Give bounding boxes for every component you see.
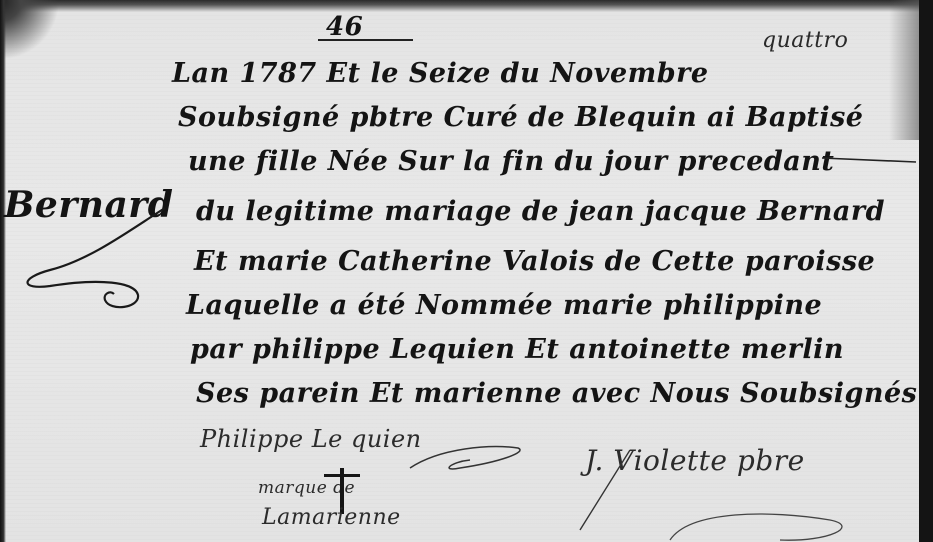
page-corner-shadow: [0, 0, 60, 60]
record-line-5: Et marie Catherine Valois de Cette paroi…: [194, 246, 875, 277]
signature-godmother: Lamarienne: [262, 505, 401, 530]
record-line-1: Lan 1787 Et le Seize du Novembre: [172, 58, 709, 89]
cross-mark-horizontal: [324, 474, 360, 477]
priest-flourish: [540, 430, 880, 542]
margin-note-quattro: quattro: [762, 28, 848, 53]
record-line-7: par philippe Lequien Et antoinette merli…: [190, 334, 844, 365]
page-edge-right: [919, 0, 933, 542]
margin-flourish: [10, 200, 180, 320]
folio-number: 46: [326, 12, 363, 42]
page-edge-left: [0, 0, 6, 542]
page-edge-top: [0, 0, 933, 12]
page-edge-shadow: [889, 0, 919, 140]
folio-strikethrough: [318, 39, 413, 41]
record-line-3: une fille Née Sur la fin du jour preceda…: [188, 146, 834, 177]
record-line-6: Laquelle a été Nommée marie philippine: [186, 290, 822, 321]
record-line-4: du legitime mariage de jean jacque Berna…: [196, 196, 885, 227]
record-line-2: Soubsigné pbtre Curé de Blequin ai Bapti…: [178, 102, 863, 133]
document-page: 46 quattro Bernard Lan 1787 Et le Seize …: [0, 0, 933, 542]
record-line-8: Ses parein Et marienne avec Nous Soubsig…: [196, 378, 917, 409]
godfather-flourish: [400, 438, 530, 478]
line-end-stroke: [820, 152, 920, 172]
signature-godfather: Philippe Le quien: [200, 425, 422, 453]
